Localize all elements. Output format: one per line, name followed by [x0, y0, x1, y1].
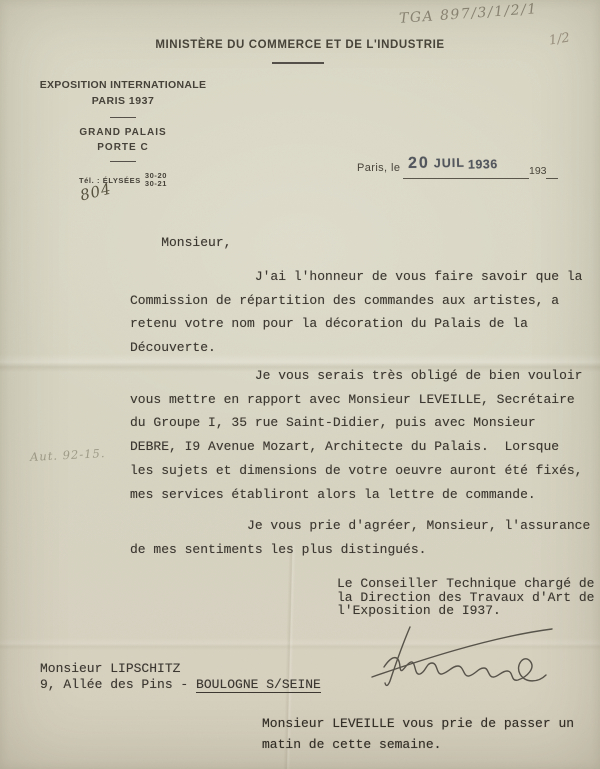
signoff-line: Le Conseiller Technique chargé de [337, 577, 594, 591]
recipient-address: Monsieur LIPSCHITZ 9, Allée des Pins - B… [40, 661, 321, 692]
ministry-divider [272, 62, 324, 64]
recipient-name: Monsieur LIPSCHITZ [40, 661, 321, 677]
recipient-street: 9, Allée des Pins - BOULOGNE S/SEINE [40, 677, 321, 693]
salutation: Monsieur, [130, 231, 231, 255]
fold-crease-horizontal-lower [0, 638, 600, 650]
paragraph-2: Je vous serais très obligé de bien voulo… [130, 364, 582, 506]
letterhead-divider-1 [110, 117, 136, 118]
handwritten-signature [366, 619, 556, 691]
body-line: retenu votre nom pour la décoration du P… [130, 312, 582, 336]
date-stamp: 20JUIL1936 [408, 153, 498, 173]
letterhead-porte-c: PORTE C [23, 142, 223, 153]
paragraph-3: Je vous prie d'agréer, Monsieur, l'assur… [130, 514, 590, 561]
telephone-number-2: 30-21 [145, 180, 167, 188]
body-line: Je vous serais très obligé de bien voulo… [130, 364, 582, 388]
stamp-month: JUIL [434, 156, 465, 171]
dateline-rule [403, 178, 529, 179]
recipient-street-prefix: 9, Allée des Pins - [40, 677, 196, 692]
signature-block-title: Le Conseiller Technique chargé de la Dir… [337, 577, 594, 618]
printed-year-193: 193 [529, 165, 547, 177]
stamp-year: 1936 [468, 157, 498, 172]
signoff-line: l'Exposition de I937. [337, 604, 594, 618]
margin-pencil-note: Aut. 92-15. [30, 446, 106, 464]
printed-year-dash [546, 178, 558, 179]
postscript-line: matin de cette semaine. [262, 734, 574, 755]
letterhead-telephone: Tél. : ÉLYSÉES 30-20 30-21 [23, 172, 223, 188]
letterhead-grand-palais: GRAND PALAIS [23, 127, 223, 138]
stamp-day: 20 [408, 154, 430, 171]
body-line: J'ai l'honneur de vous faire savoir que … [130, 265, 582, 289]
body-line: Je vous prie d'agréer, Monsieur, l'assur… [130, 514, 590, 538]
body-line: les sujets et dimensions de votre oeuvre… [130, 459, 582, 483]
letterhead-exposition: EXPOSITION INTERNATIONALE [23, 79, 223, 91]
letterhead-paris-1937: PARIS 1937 [23, 95, 223, 107]
telephone-label: Tél. : ÉLYSÉES [79, 176, 141, 185]
body-line: Découverte. [130, 336, 582, 360]
salutation-line: Monsieur, [130, 231, 231, 255]
ministry-title: MINISTÈRE DU COMMERCE ET DE L'INDUSTRIE [0, 39, 600, 51]
postscript-note: Monsieur LEVEILLE vous prie de passer un… [262, 713, 574, 755]
body-line: du Groupe I, 35 rue Saint-Didier, puis a… [130, 411, 582, 435]
letterhead-divider-2 [110, 161, 136, 162]
recipient-city-underlined: BOULOGNE S/SEINE [196, 677, 321, 694]
dateline-prefix: Paris, le [357, 162, 400, 174]
body-line: DEBRE, I9 Avenue Mozart, Architecte du P… [130, 435, 582, 459]
body-line: mes services établiront alors la lettre … [130, 483, 582, 507]
letter-document: TGA 897/3/1/2/1 1/2 Aut. 92-15. 804 MINI… [0, 0, 600, 769]
body-line: Commission de répartition des commandes … [130, 289, 582, 313]
postscript-line: Monsieur LEVEILLE vous prie de passer un [262, 713, 574, 734]
telephone-numbers: 30-20 30-21 [145, 172, 167, 188]
body-line: vous mettre en rapport avec Monsieur LEV… [130, 388, 582, 412]
archive-reference-annotation: TGA 897/3/1/2/1 [399, 1, 539, 27]
paragraph-1: J'ai l'honneur de vous faire savoir que … [130, 265, 582, 360]
body-line: de mes sentiments les plus distingués. [130, 538, 590, 562]
signoff-line: la Direction des Travaux d'Art de [337, 591, 594, 605]
